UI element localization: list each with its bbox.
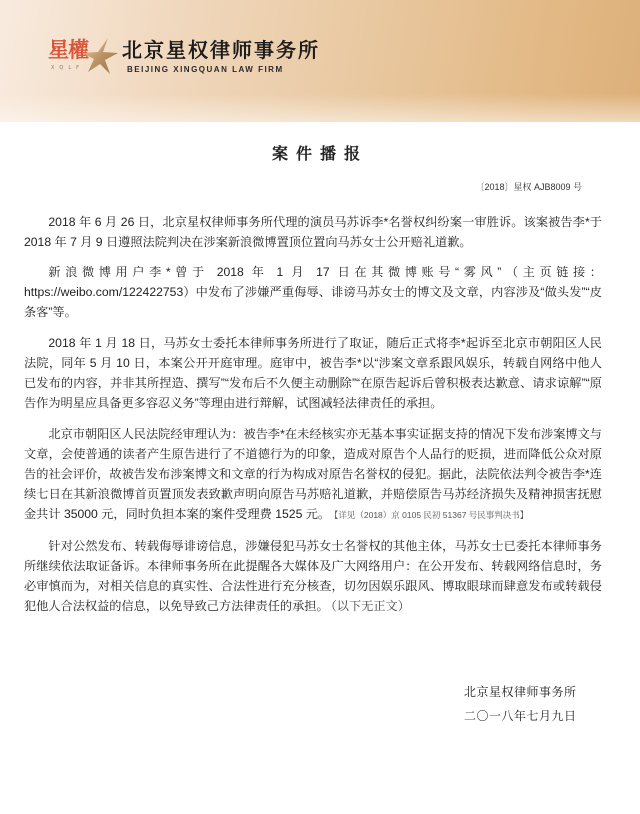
paragraph-text: 北京市朝阳区人民法院经审理认为：被告李*在未经核实亦无基本事实证据支持的情况下发… xyxy=(24,427,602,521)
judgment-reference: 【详见（2018）京 0105 民初 51367 号民事判决书】 xyxy=(334,510,528,520)
paragraph-judgment: 北京市朝阳区人民法院经审理认为：被告李*在未经核实亦无基本事实证据支持的情况下发… xyxy=(24,424,602,525)
paragraph-announcement: 2018 年 6 月 26 日，北京星权律师事务所代理的演员马苏诉李*名誉权纠纷… xyxy=(24,212,602,252)
signature-firm: 北京星权律师事务所 xyxy=(464,680,577,704)
document-body: 2018 年 6 月 26 日，北京星权律师事务所代理的演员马苏诉李*名誉权纠纷… xyxy=(24,212,602,626)
paragraph-proceedings: 2018 年 1 月 18 日，马苏女士委托本律师事务所进行了取证，随后正式将李… xyxy=(24,333,602,413)
paragraph-background: 新浪微博用户李*曾于 2018 年 1 月 17 日在其微博账号“雾风”（主页链… xyxy=(24,262,602,322)
paragraph-text: 2018 年 1 月 18 日，马苏女士委托本律师事务所进行了取证，随后正式将李… xyxy=(24,336,602,410)
paragraph-text: 2018 年 6 月 26 日，北京星权律师事务所代理的演员马苏诉李*名誉权纠纷… xyxy=(24,215,602,249)
firm-name-english: BEIJING XINGQUAN LAW FIRM xyxy=(127,65,284,74)
paragraph-text: 新浪微博用户李*曾于 2018 年 1 月 17 日在其微博账号“雾风”（主页链… xyxy=(24,265,602,319)
star-icon xyxy=(80,36,120,76)
paragraph-text: 针对公然发布、转载侮辱诽谤信息，涉嫌侵犯马苏女士名誉权的其他主体，马苏女士已委托… xyxy=(24,539,602,613)
letterhead-banner: 星權 XQLF 北京星权律师事务所 BEIJING XINGQUAN LAW F… xyxy=(0,0,640,122)
document-title: 案件播报 xyxy=(0,141,640,164)
signature-date: 二〇一八年七月九日 xyxy=(464,704,577,728)
firm-name-chinese: 北京星权律师事务所 xyxy=(122,39,320,61)
end-of-text-note: （以下无正文） xyxy=(331,599,410,613)
signature-block: 北京星权律师事务所 二〇一八年七月九日 xyxy=(464,680,577,728)
document-number: 〔2018〕星权 AJB8009 号 xyxy=(475,180,582,193)
paragraph-notice: 针对公然发布、转载侮辱诽谤信息，涉嫌侵犯马苏女士名誉权的其他主体，马苏女士已委托… xyxy=(24,536,602,616)
